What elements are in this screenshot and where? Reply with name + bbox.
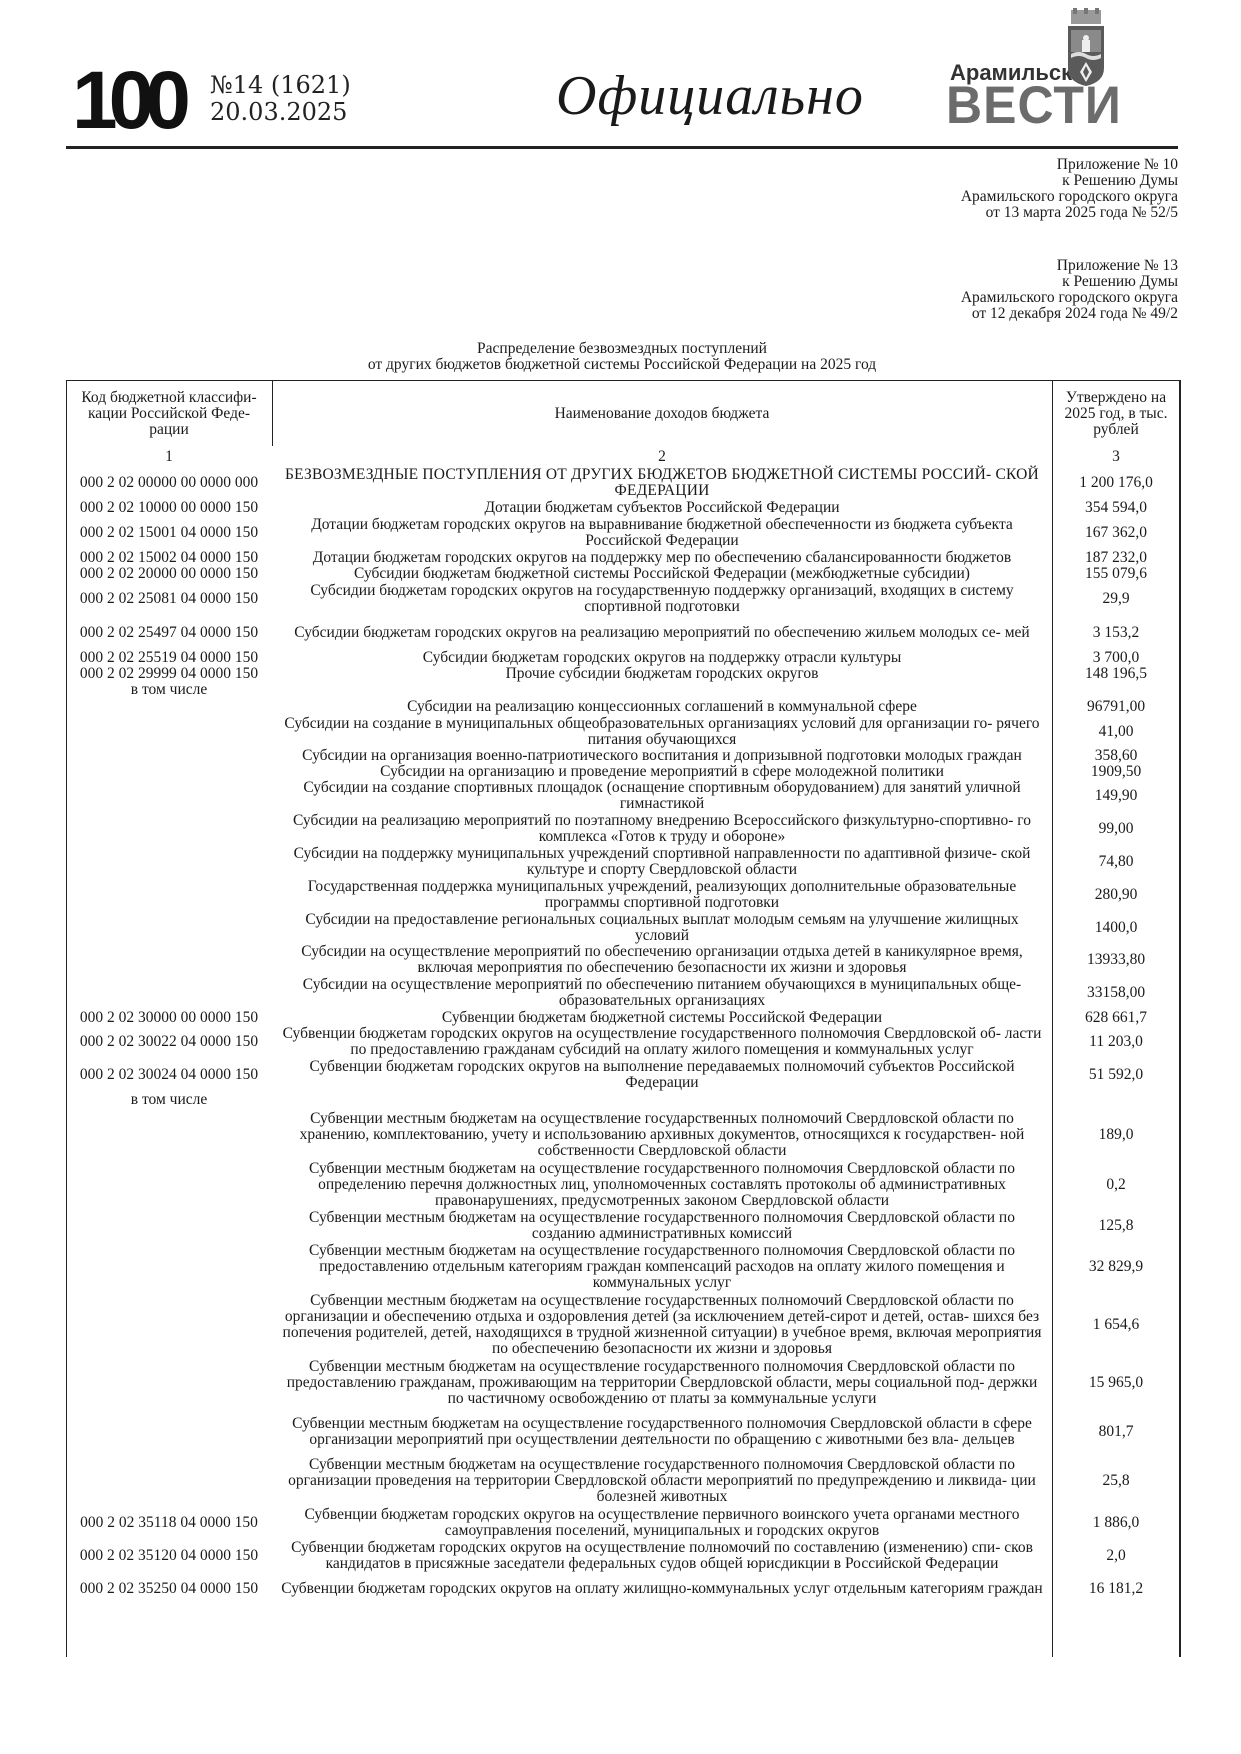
income-name: Субвенции бюджетам бюджетной системы Рос… [272, 1010, 1052, 1026]
appendix-decision: к Решению Думы [961, 274, 1178, 290]
appendix-note-original: Приложение № 13 к Решению Думы Арамильск… [961, 258, 1178, 322]
table-row: 000 2 02 35120 04 0000 150Субвенции бюдж… [66, 1540, 1180, 1572]
approved-amount: 167 362,0 [1052, 525, 1180, 541]
table-row: в том числе [66, 1092, 1180, 1110]
income-name: Субвенции местным бюджетам на осуществле… [272, 1210, 1052, 1242]
budget-code: 000 2 02 35120 04 0000 150 [66, 1548, 272, 1564]
approved-amount: 29,9 [1052, 591, 1180, 607]
income-name: БЕЗВОЗМЕЗДНЫЕ ПОСТУПЛЕНИЯ ОТ ДРУГИХ БЮДЖ… [272, 467, 1052, 499]
income-name: Субвенции местным бюджетам на осуществле… [272, 1111, 1052, 1159]
approved-amount: 149,90 [1052, 788, 1180, 804]
column-number: 3 [1052, 449, 1180, 465]
appendix-number: Приложение № 10 [961, 157, 1178, 173]
table-row: Субвенции местным бюджетам на осуществле… [66, 1210, 1180, 1242]
table-row: Субвенции местным бюджетам на осуществле… [66, 1242, 1180, 1292]
approved-amount: 3 153,2 [1052, 625, 1180, 641]
budget-code: 000 2 02 20000 00 0000 150 [66, 566, 272, 582]
appendix-district: Арамильского городского округа [961, 290, 1178, 306]
title-line-2: от других бюджетов бюджетной системы Рос… [66, 357, 1178, 373]
approved-amount: 16 181,2 [1052, 1581, 1180, 1597]
approved-amount: 25,8 [1052, 1473, 1180, 1489]
table-row: 000 2 02 25519 04 0000 150Субсидии бюдже… [66, 650, 1180, 666]
approved-amount: 1909,50 [1052, 764, 1180, 780]
header-name: Наименование доходов бюджета [272, 406, 1052, 422]
income-name: Субсидии на предоставление региональных … [272, 912, 1052, 944]
approved-amount: 99,00 [1052, 821, 1180, 837]
table-row: Субсидии на реализацию концессионных сог… [66, 698, 1180, 716]
header-code: Код бюджетной классифи- кации Российской… [66, 390, 272, 438]
approved-amount: 13933,80 [1052, 952, 1180, 968]
approved-amount: 155 079,6 [1052, 566, 1180, 582]
table-row: Субвенции местным бюджетам на осуществле… [66, 1408, 1180, 1456]
budget-code: 000 2 02 35118 04 0000 150 [66, 1515, 272, 1531]
logo-main-text: ВЕСТИ [946, 79, 1122, 132]
income-name: Субсидии на осуществление мероприятий по… [272, 977, 1052, 1009]
income-name: Субсидии на организацию и проведение мер… [272, 764, 1052, 780]
table-row: 000 2 02 30022 04 0000 150Субвенции бюдж… [66, 1026, 1180, 1058]
table-row: Субсидии на реализацию мероприятий по по… [66, 812, 1180, 846]
table-row: 000 2 02 25497 04 0000 150Субсидии бюдже… [66, 616, 1180, 650]
approved-amount: 41,00 [1052, 724, 1180, 740]
masthead: 100 №14 (1621) 20.03.2025 Официально Ара… [66, 52, 1178, 148]
budget-code: 000 2 02 15002 04 0000 150 [66, 550, 272, 566]
income-name: Дотации бюджетам субъектов Российской Фе… [272, 500, 1052, 516]
approved-amount: 96791,00 [1052, 699, 1180, 715]
budget-code: 000 2 02 15001 04 0000 150 [66, 525, 272, 541]
budget-code: 000 2 02 35250 04 0000 150 [66, 1581, 272, 1597]
table-header-row: Код бюджетной классифи- кации Российской… [66, 382, 1180, 446]
table-row: 000 2 02 29999 04 0000 150Прочие субсиди… [66, 666, 1180, 682]
approved-amount: 628 661,7 [1052, 1010, 1180, 1026]
table-row: Субвенции местным бюджетам на осуществле… [66, 1456, 1180, 1506]
income-name: Дотации бюджетам городских округов на по… [272, 550, 1052, 566]
income-name: Субвенции бюджетам городских округов на … [272, 1540, 1052, 1572]
issue-info: №14 (1621) 20.03.2025 [210, 72, 351, 126]
issue-number: №14 (1621) [210, 72, 351, 99]
approved-amount: 3 700,0 [1052, 650, 1180, 666]
budget-code: 000 2 02 29999 04 0000 150 [66, 666, 272, 682]
approved-amount: 74,80 [1052, 854, 1180, 870]
table-row: Субсидии на создание спортивных площадок… [66, 780, 1180, 812]
table-row: 000 2 02 10000 00 0000 150Дотации бюджет… [66, 500, 1180, 516]
income-name: Субсидии на организация военно-патриотич… [272, 748, 1052, 764]
income-name: Субсидии на поддержку муниципальных учре… [272, 846, 1052, 878]
section-title: Официально [556, 68, 864, 124]
appendix-note-current: Приложение № 10 к Решению Думы Арамильск… [961, 157, 1178, 221]
appendix-date: от 13 марта 2025 года № 52/5 [961, 205, 1178, 221]
appendix-date: от 12 декабря 2024 года № 49/2 [961, 306, 1178, 322]
income-name: Субвенции местным бюджетам на осуществле… [272, 1161, 1052, 1209]
income-name: Субсидии бюджетам городских округов на р… [272, 625, 1052, 641]
income-name: Дотации бюджетам городских округов на вы… [272, 517, 1052, 549]
table-row: Субвенции местным бюджетам на осуществле… [66, 1292, 1180, 1358]
table-row: Субсидии на организация военно-патриотич… [66, 748, 1180, 764]
approved-amount: 187 232,0 [1052, 550, 1180, 566]
issue-date: 20.03.2025 [210, 99, 351, 126]
income-name: Субсидии бюджетам бюджетной системы Росс… [272, 566, 1052, 582]
table-row: Субсидии на осуществление мероприятий по… [66, 976, 1180, 1010]
table-row: 000 2 02 25081 04 0000 150Субсидии бюдже… [66, 582, 1180, 616]
approved-amount: 354 594,0 [1052, 500, 1180, 516]
header-amount: Утверждено на 2025 год, в тыс. рублей [1052, 390, 1180, 438]
table-row: 000 2 02 30024 04 0000 150Субвенции бюдж… [66, 1058, 1180, 1092]
income-name: Субвенции местным бюджетам на осуществле… [272, 1243, 1052, 1291]
income-name: Субсидии на реализацию концессионных сог… [272, 699, 1052, 715]
income-name: Субвенции бюджетам городских округов на … [272, 1059, 1052, 1091]
budget-code: 000 2 02 30022 04 0000 150 [66, 1034, 272, 1050]
column-number: 1 [66, 449, 272, 465]
approved-amount: 51 592,0 [1052, 1067, 1180, 1083]
approved-amount: 801,7 [1052, 1424, 1180, 1440]
title-line-1: Распределение безвозмездных поступлений [66, 341, 1178, 357]
income-name: Субсидии на создание спортивных площадок… [272, 780, 1052, 812]
table-row: Субсидии на создание в муниципальных общ… [66, 716, 1180, 748]
budget-code: 000 2 02 25497 04 0000 150 [66, 625, 272, 641]
table-row: Государственная поддержка муниципальных … [66, 878, 1180, 912]
appendix-district: Арамильского городского округа [961, 189, 1178, 205]
coat-of-arms-icon [1065, 8, 1107, 86]
column-number: 2 [272, 449, 1052, 465]
table-row: 000 2 02 00000 00 0000 000БЕЗВОЗМЕЗДНЫЕ … [66, 466, 1180, 500]
appendix-decision: к Решению Думы [961, 173, 1178, 189]
table-row: 000 2 02 15001 04 0000 150Дотации бюджет… [66, 516, 1180, 550]
income-name: Субвенции бюджетам городских округов на … [272, 1507, 1052, 1539]
approved-amount: 33158,00 [1052, 985, 1180, 1001]
income-name: Субсидии на создание в муниципальных общ… [272, 716, 1052, 748]
income-name: Государственная поддержка муниципальных … [272, 879, 1052, 911]
table-row: в том числе [66, 682, 1180, 698]
income-name: Субвенции местным бюджетам на осуществле… [272, 1293, 1052, 1357]
approved-amount: 1 200 176,0 [1052, 475, 1180, 491]
approved-amount: 1400,0 [1052, 920, 1180, 936]
budget-code: 000 2 02 25519 04 0000 150 [66, 650, 272, 666]
income-name: Субвенции бюджетам городских округов на … [272, 1026, 1052, 1058]
budget-code: в том числе [66, 1092, 272, 1108]
budget-code: 000 2 02 25081 04 0000 150 [66, 591, 272, 607]
table-row: 000 2 02 20000 00 0000 150Субсидии бюдже… [66, 566, 1180, 582]
table-row: Субсидии на осуществление мероприятий по… [66, 944, 1180, 976]
budget-code: 000 2 02 30000 00 0000 150 [66, 1010, 272, 1026]
income-name: Субвенции местным бюджетам на осуществле… [272, 1359, 1052, 1407]
approved-amount: 125,8 [1052, 1218, 1180, 1234]
page-number: 100 [72, 60, 182, 142]
income-name: Субсидии на реализацию мероприятий по по… [272, 813, 1052, 845]
approved-amount: 189,0 [1052, 1127, 1180, 1143]
budget-code: в том числе [66, 682, 272, 698]
approved-amount: 32 829,9 [1052, 1259, 1180, 1275]
budget-code: 000 2 02 10000 00 0000 150 [66, 500, 272, 516]
appendix-number: Приложение № 13 [961, 258, 1178, 274]
approved-amount: 1 654,6 [1052, 1317, 1180, 1333]
approved-amount: 0,2 [1052, 1177, 1180, 1193]
income-name: Субсидии на осуществление мероприятий по… [272, 944, 1052, 976]
table-row: Субвенции местным бюджетам на осуществле… [66, 1110, 1180, 1160]
table-row: 000 2 02 30000 00 0000 150Субвенции бюдж… [66, 1010, 1180, 1026]
budget-code: 000 2 02 00000 00 0000 000 [66, 475, 272, 491]
approved-amount: 148 196,5 [1052, 666, 1180, 682]
column-number-row: 1 2 3 [66, 448, 1180, 466]
table-row: Субсидии на организацию и проведение мер… [66, 764, 1180, 780]
table-row: 000 2 02 35118 04 0000 150Субвенции бюдж… [66, 1506, 1180, 1540]
table-border [66, 380, 1180, 381]
masthead-rule [66, 146, 1178, 149]
income-name: Субвенции местным бюджетам на осуществле… [272, 1457, 1052, 1505]
approved-amount: 11 203,0 [1052, 1034, 1180, 1050]
income-name: Субвенции местным бюджетам на осуществле… [272, 1416, 1052, 1448]
document-title: Распределение безвозмездных поступлений … [66, 341, 1178, 373]
income-name: Прочие субсидии бюджетам городских округ… [272, 666, 1052, 682]
table-row: Субсидии на поддержку муниципальных учре… [66, 846, 1180, 878]
table-row: Субсидии на предоставление региональных … [66, 912, 1180, 944]
income-name: Субвенции бюджетам городских округов на … [272, 1581, 1052, 1597]
income-name: Субсидии бюджетам городских округов на г… [272, 583, 1052, 615]
income-name: Субсидии бюджетам городских округов на п… [272, 650, 1052, 666]
approved-amount: 1 886,0 [1052, 1515, 1180, 1531]
approved-amount: 15 965,0 [1052, 1375, 1180, 1391]
table-row: 000 2 02 15002 04 0000 150Дотации бюджет… [66, 550, 1180, 566]
approved-amount: 280,90 [1052, 887, 1180, 903]
table-row: Субвенции местным бюджетам на осуществле… [66, 1160, 1180, 1210]
budget-code: 000 2 02 30024 04 0000 150 [66, 1067, 272, 1083]
approved-amount: 358,60 [1052, 748, 1180, 764]
approved-amount: 2,0 [1052, 1548, 1180, 1564]
table-row: Субвенции местным бюджетам на осуществле… [66, 1358, 1180, 1408]
table-row: 000 2 02 35250 04 0000 150Субвенции бюдж… [66, 1572, 1180, 1606]
